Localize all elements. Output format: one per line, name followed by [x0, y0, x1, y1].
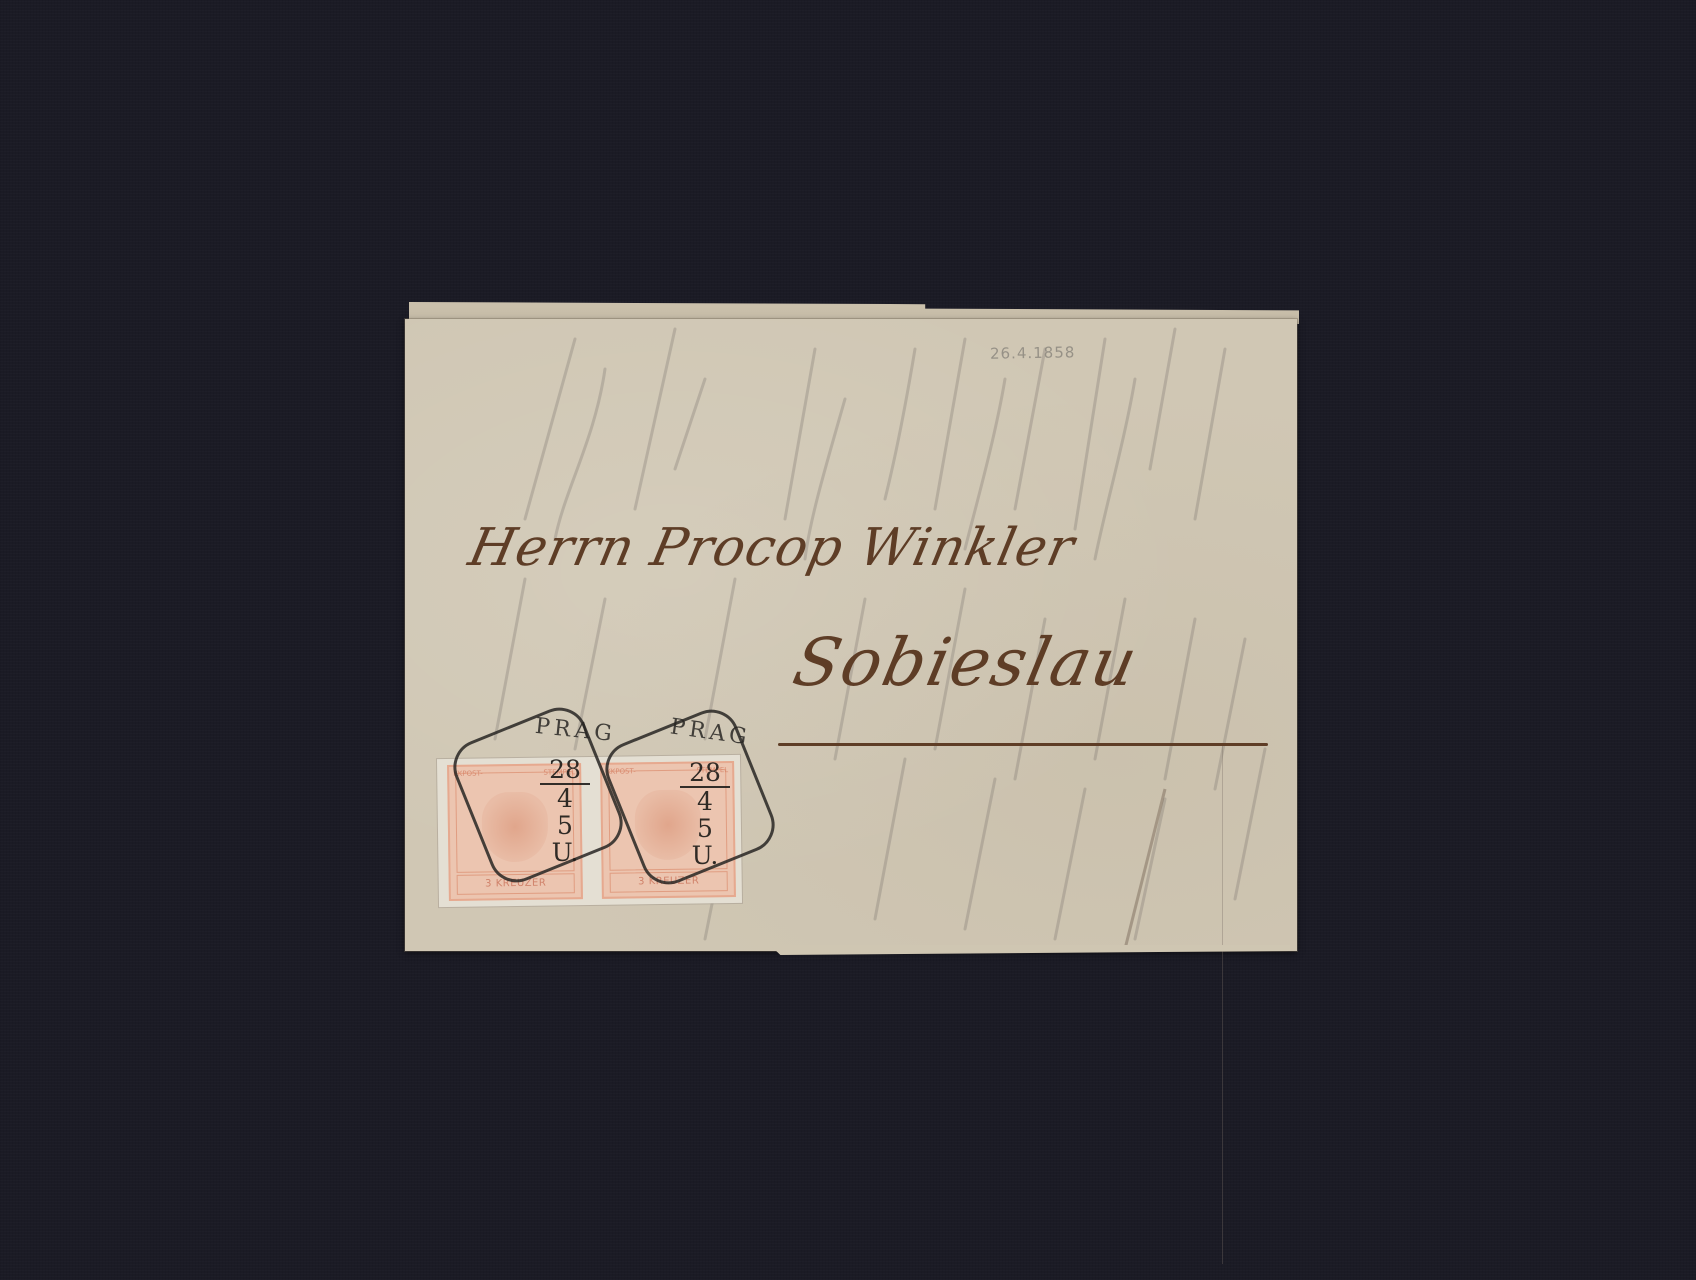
destination-underline: [778, 743, 1268, 746]
pencil-date-note: 26.4.1858: [990, 343, 1076, 362]
postmark-date-right: 28 4 5 U.: [680, 759, 730, 869]
addressee-line: Herrn Procop Winkler: [464, 518, 1080, 578]
destination-town: Sobieslau: [787, 624, 1146, 701]
fold-ruled-line: [1222, 744, 1223, 1264]
postmark-date-left: 28 4 5 U.: [540, 756, 590, 866]
scene: 26.4.1858 Herrn Procop Winkler Sobieslau…: [0, 0, 1696, 1280]
letter-bottom-flap: [770, 945, 1290, 955]
